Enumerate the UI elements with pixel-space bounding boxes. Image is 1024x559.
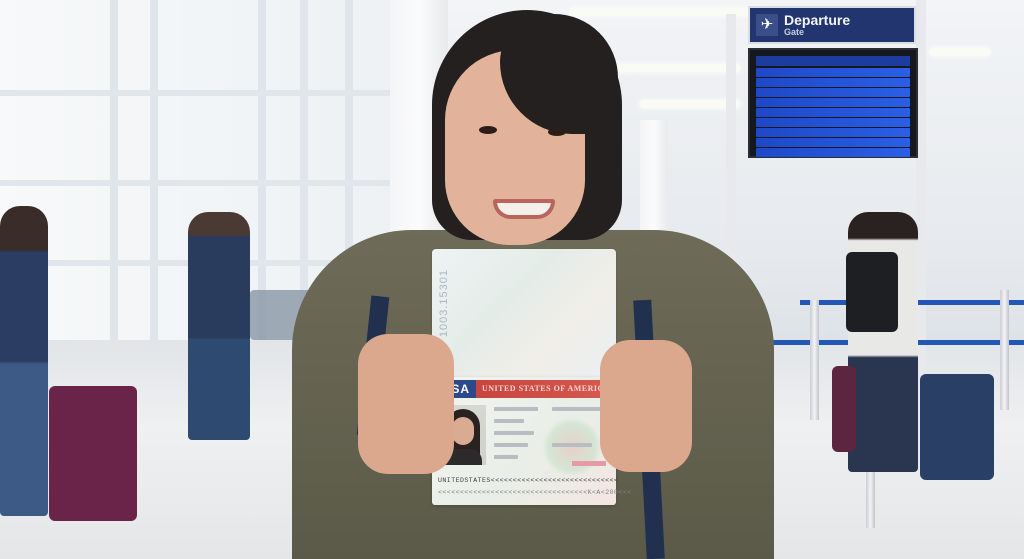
eye xyxy=(548,128,566,136)
smile xyxy=(493,199,555,219)
eye xyxy=(479,126,497,134)
stanchion-post xyxy=(1000,290,1009,410)
visa-mrz-line-1: UNITEDSTATES<<<<<<<<<<<<<<<<<<<<<<<<<<<<… xyxy=(438,477,618,484)
traveller-walking xyxy=(188,212,250,440)
purple-suitcase xyxy=(49,386,137,521)
black-backpack xyxy=(846,252,898,332)
visa-mrz-line-2: <<<<<<<<<<<<<<<<<<<<<<<<<<<<<<<<<<K<A<20… xyxy=(438,489,632,496)
passport-page: 1003.15301 xyxy=(432,249,616,379)
us-visa-page: VISA UNITED STATES OF AMERICA UNITEDSTAT… xyxy=(432,377,616,505)
airplane-icon: ✈ xyxy=(756,14,778,36)
navy-suitcase xyxy=(920,374,994,480)
airport-photo: ✈ Departure Gate 1003.15301 VISA UN xyxy=(0,0,1024,559)
right-hand xyxy=(600,340,692,472)
departure-sign-subtitle: Gate xyxy=(784,27,850,37)
traveller-backpack xyxy=(848,212,918,472)
maroon-suitcase xyxy=(832,366,856,452)
stanchion-post xyxy=(810,300,819,420)
ceiling-light xyxy=(930,48,990,56)
left-hand xyxy=(358,334,454,474)
visa-banner: VISA UNITED STATES OF AMERICA xyxy=(432,380,616,398)
visa-seal xyxy=(542,417,602,477)
departure-sign-title: Departure xyxy=(784,13,850,27)
passport-page-number: 1003.15301 xyxy=(438,269,450,337)
departure-sign: ✈ Departure Gate xyxy=(748,6,916,44)
ceiling-light xyxy=(640,100,740,108)
traveller-left xyxy=(0,206,48,516)
ceiling-light xyxy=(570,8,770,16)
ceiling-light xyxy=(610,64,740,72)
visa-country: UNITED STATES OF AMERICA xyxy=(476,380,616,398)
departure-board xyxy=(748,48,918,158)
